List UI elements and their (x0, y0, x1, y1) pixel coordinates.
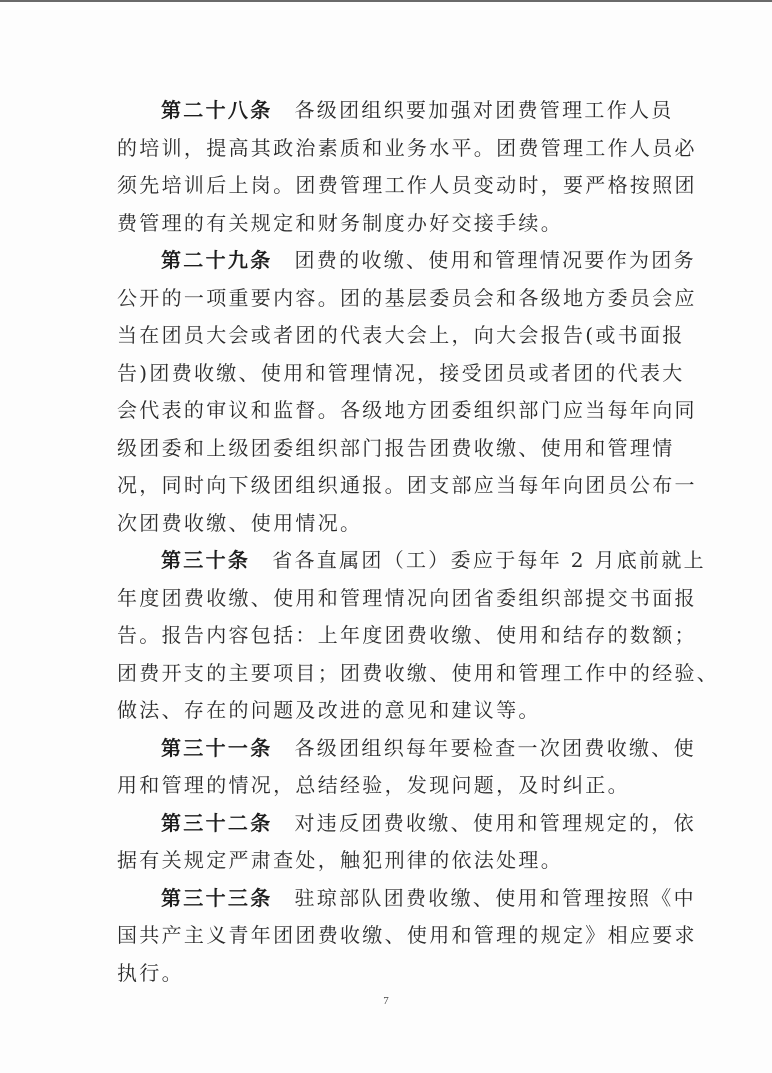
article-line: 况，同时向下级团组织通报。团支部应当每年向团员公布一 (117, 467, 657, 505)
article-line: 第二十九条团费的收缴、使用和管理情况要作为团务 (117, 242, 657, 280)
article-number: 第二十九条 (161, 248, 273, 272)
article-line: 告。报告内容包括：上年度团费收缴、使用和结存的数额； (117, 617, 657, 655)
article-30: 第三十条省各直属团（工）委应于每年 2 月底前就上 年度团费收缴、使用和管理情况… (117, 542, 657, 730)
article-number: 第二十八条 (161, 98, 273, 122)
article-line: 团费开支的主要项目；团费收缴、使用和管理工作中的经验、 (117, 655, 657, 693)
article-line: 国共产主义青年团团费收缴、使用和管理的规定》相应要求 (117, 917, 657, 955)
article-line: 告)团费收缴、使用和管理情况，接受团员或者团的代表大 (117, 355, 657, 393)
article-line: 第三十二条对违反团费收缴、使用和管理规定的，依 (117, 805, 657, 843)
document-page: 第二十八条各级团组织要加强对团费管理工作人员 的培训，提高其政治素质和业务水平。… (117, 92, 657, 992)
article-line: 第二十八条各级团组织要加强对团费管理工作人员 (117, 92, 657, 130)
article-line: 公开的一项重要内容。团的基层委员会和各级地方委员会应 (117, 280, 657, 318)
article-text: 省各直属团（工）委应于每年 2 月底前就上 (272, 548, 706, 572)
article-text: 驻琼部队团费收缴、使用和管理按照《中 (295, 886, 696, 910)
article-text: 对违反团费收缴、使用和管理规定的，依 (295, 811, 696, 835)
article-line: 年度团费收缴、使用和管理情况向团省委组织部提交书面报 (117, 580, 657, 618)
article-text: 各级团组织要加强对团费管理工作人员 (295, 98, 674, 122)
article-line: 须先培训后上岗。团费管理工作人员变动时，要严格按照团 (117, 167, 657, 205)
page-top-border (0, 0, 772, 2)
article-number: 第三十条 (161, 548, 250, 572)
article-line: 执行。 (117, 955, 657, 993)
article-line: 第三十三条驻琼部队团费收缴、使用和管理按照《中 (117, 880, 657, 918)
page-number: 7 (0, 995, 772, 1007)
article-line: 级团委和上级团委组织部门报告团费收缴、使用和管理情 (117, 430, 657, 468)
article-line: 第三十条省各直属团（工）委应于每年 2 月底前就上 (117, 542, 657, 580)
article-line: 的培训，提高其政治素质和业务水平。团费管理工作人员必 (117, 130, 657, 168)
article-number: 第三十三条 (161, 886, 273, 910)
article-line: 第三十一条各级团组织每年要检查一次团费收缴、使 (117, 730, 657, 768)
article-31: 第三十一条各级团组织每年要检查一次团费收缴、使 用和管理的情况，总结经验，发现问… (117, 730, 657, 805)
article-32: 第三十二条对违反团费收缴、使用和管理规定的，依 据有关规定严肃查处，触犯刑律的依… (117, 805, 657, 880)
article-number: 第三十二条 (161, 811, 273, 835)
article-line: 做法、存在的问题及改进的意见和建议等。 (117, 692, 657, 730)
article-text: 团费的收缴、使用和管理情况要作为团务 (295, 248, 696, 272)
article-line: 会代表的审议和监督。各级地方团委组织部门应当每年向同 (117, 392, 657, 430)
article-29: 第二十九条团费的收缴、使用和管理情况要作为团务 公开的一项重要内容。团的基层委员… (117, 242, 657, 542)
article-line: 据有关规定严肃查处，触犯刑律的依法处理。 (117, 842, 657, 880)
article-33: 第三十三条驻琼部队团费收缴、使用和管理按照《中 国共产主义青年团团费收缴、使用和… (117, 880, 657, 993)
article-line: 费管理的有关规定和财务制度办好交接手续。 (117, 205, 657, 243)
article-line: 当在团员大会或者团的代表大会上，向大会报告(或书面报 (117, 317, 657, 355)
article-line: 次团费收缴、使用情况。 (117, 505, 657, 543)
article-line: 用和管理的情况，总结经验，发现问题，及时纠正。 (117, 767, 657, 805)
article-text: 各级团组织每年要检查一次团费收缴、使 (295, 736, 696, 760)
article-number: 第三十一条 (161, 736, 273, 760)
article-28: 第二十八条各级团组织要加强对团费管理工作人员 的培训，提高其政治素质和业务水平。… (117, 92, 657, 242)
